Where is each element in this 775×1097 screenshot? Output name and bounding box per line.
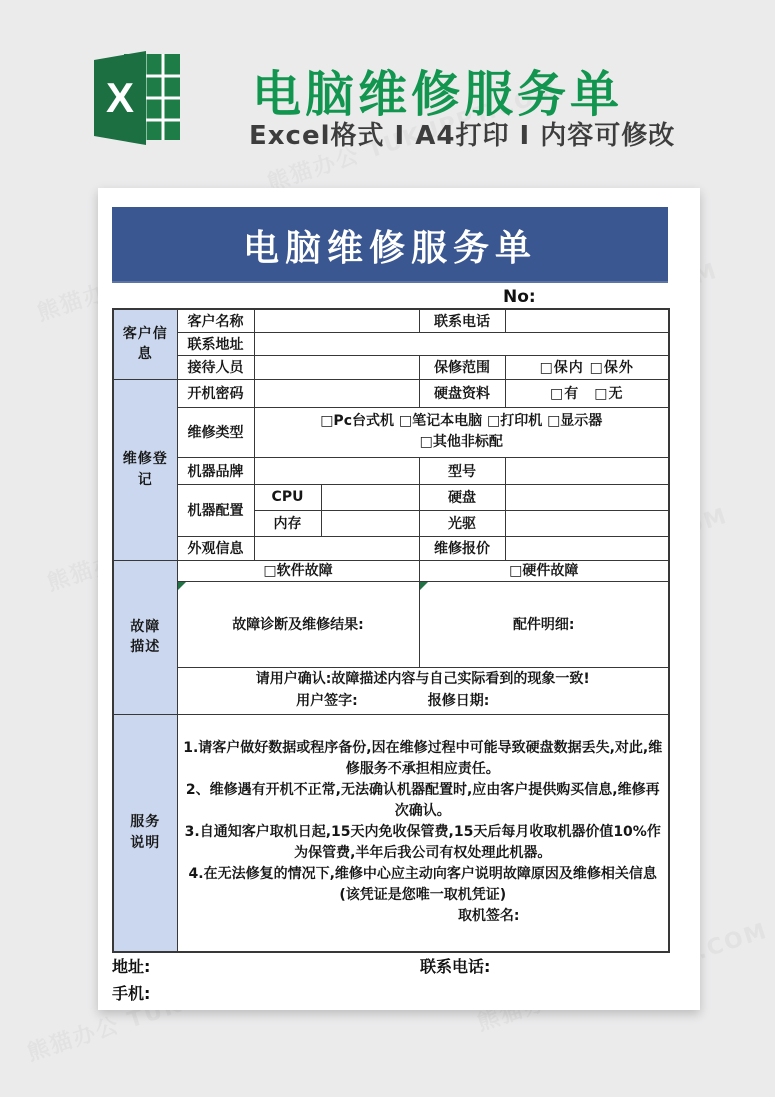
template-subtitle: Excel格式 I A4打印 I 内容可修改 xyxy=(249,115,675,152)
service-notes-cell: 1.请客户做好数据或程序备份,因在维修过程中可能导致硬盘数据丢失,对此,维修服务… xyxy=(177,714,669,952)
disk-data-checkboxes[interactable]: □有 □无 xyxy=(505,379,669,407)
cpu-value[interactable] xyxy=(321,484,419,510)
excel-logo-icon: X xyxy=(90,50,186,150)
contact-phone-label: 联系电话 xyxy=(419,309,505,332)
footer-line-2: 手机: xyxy=(112,981,150,1004)
form-banner-title: 电脑维修服务单 xyxy=(243,220,537,271)
repair-quote-label: 维修报价 xyxy=(419,536,505,560)
table-row: 联系地址 xyxy=(113,332,669,355)
diagnosis-result-label: 故障诊断及维修结果: xyxy=(181,614,416,634)
model-value[interactable] xyxy=(505,457,669,484)
hdd-value[interactable] xyxy=(505,484,669,510)
contact-phone-value[interactable] xyxy=(505,309,669,332)
receptionist-value[interactable] xyxy=(254,355,419,379)
appearance-value[interactable] xyxy=(254,536,419,560)
model-label: 型号 xyxy=(419,457,505,484)
diagnosis-result-field[interactable]: 故障诊断及维修结果: xyxy=(177,581,419,667)
form-banner: 电脑维修服务单 xyxy=(112,207,668,283)
receptionist-label: 接待人员 xyxy=(177,355,254,379)
table-row: 客户信息 客户名称 联系电话 xyxy=(113,309,669,332)
customer-name-value[interactable] xyxy=(254,309,419,332)
table-row: 机器品牌 型号 xyxy=(113,457,669,484)
machine-brand-value[interactable] xyxy=(254,457,419,484)
table-row: 维修登记 开机密码 硬盘资料 □有 □无 xyxy=(113,379,669,407)
cell-corner-triangle-icon xyxy=(178,582,186,590)
excel-logo-letter: X xyxy=(106,74,134,121)
address-label[interactable]: 地址: xyxy=(112,957,150,976)
document-paper: 电脑维修服务单 No: 客户信息 客户名称 联系电话 联系地址 接待人员 保修范… xyxy=(98,188,700,1010)
warranty-options-checkboxes[interactable]: □保内 □保外 xyxy=(505,355,669,379)
section-customer-info: 客户信息 xyxy=(113,309,177,379)
repair-type-checkboxes[interactable]: □Pc台式机 □笔记本电脑 □打印机 □显示器 □其他非标配 xyxy=(254,407,669,457)
report-date-label[interactable]: 报修日期: xyxy=(428,691,490,713)
section-fault-description: 故障 描述 xyxy=(113,560,177,714)
section-service-notes: 服务 说明 xyxy=(113,714,177,952)
contact-address-value[interactable] xyxy=(254,332,669,355)
table-row: 故障 描述 □软件故障 □硬件故障 xyxy=(113,560,669,581)
repair-form-table: 客户信息 客户名称 联系电话 联系地址 接待人员 保修范围 □保内 □保外 维修… xyxy=(112,308,670,953)
parts-detail-label: 配件明细: xyxy=(423,614,666,634)
repair-quote-value[interactable] xyxy=(505,536,669,560)
odd-label: 光驱 xyxy=(419,510,505,536)
footer-line-1: 地址: 联系电话: xyxy=(112,954,672,977)
hdd-label: 硬盘 xyxy=(419,484,505,510)
odd-value[interactable] xyxy=(505,510,669,536)
repair-type-options-line2: □其他非标配 xyxy=(258,432,666,453)
user-sign-label[interactable]: 用户签字: xyxy=(296,691,358,713)
service-item-4: 4.在无法修复的情况下,维修中心应主动向客户说明故障原因及维修相关信息(该凭证是… xyxy=(181,864,666,906)
machine-brand-label: 机器品牌 xyxy=(177,457,254,484)
machine-config-label: 机器配置 xyxy=(177,484,254,536)
table-row: 维修类型 □Pc台式机 □笔记本电脑 □打印机 □显示器 □其他非标配 xyxy=(113,407,669,457)
software-fault-checkbox[interactable]: □软件故障 xyxy=(177,560,419,581)
table-row: 外观信息 维修报价 xyxy=(113,536,669,560)
repair-type-options-line1: □Pc台式机 □笔记本电脑 □打印机 □显示器 xyxy=(258,411,666,432)
warranty-scope-label: 保修范围 xyxy=(419,355,505,379)
service-item-2: 2、维修遇有开机不正常,无法确认机器配置时,应由客户提供购买信息,维修再次确认。 xyxy=(181,780,666,822)
no-field[interactable]: No: xyxy=(503,287,536,307)
contact-address-label: 联系地址 xyxy=(177,332,254,355)
table-row: 故障诊断及维修结果: 配件明细: xyxy=(113,581,669,667)
parts-detail-field[interactable]: 配件明细: xyxy=(419,581,669,667)
pickup-sign-label[interactable]: 取机签名: xyxy=(181,906,666,927)
section-repair-register: 维修登记 xyxy=(113,379,177,560)
customer-name-label: 客户名称 xyxy=(177,309,254,332)
disk-data-label: 硬盘资料 xyxy=(419,379,505,407)
appearance-label: 外观信息 xyxy=(177,536,254,560)
confirm-note: 请用户确认:故障描述内容与自己实际看到的现象一致! xyxy=(181,669,666,691)
table-row: 服务 说明 1.请客户做好数据或程序备份,因在维修过程中可能导致硬盘数据丢失,对… xyxy=(113,714,669,952)
boot-password-label: 开机密码 xyxy=(177,379,254,407)
cpu-label: CPU xyxy=(254,484,321,510)
mobile-label[interactable]: 手机: xyxy=(112,984,150,1003)
ram-value[interactable] xyxy=(321,510,419,536)
repair-type-label: 维修类型 xyxy=(177,407,254,457)
table-row: 接待人员 保修范围 □保内 □保外 xyxy=(113,355,669,379)
user-confirm-cell: 请用户确认:故障描述内容与自己实际看到的现象一致! 用户签字: 报修日期: xyxy=(177,667,669,714)
ram-label: 内存 xyxy=(254,510,321,536)
cell-corner-triangle-icon xyxy=(420,582,428,590)
service-item-1: 1.请客户做好数据或程序备份,因在维修过程中可能导致硬盘数据丢失,对此,维修服务… xyxy=(181,738,666,780)
boot-password-value[interactable] xyxy=(254,379,419,407)
footer-phone-label[interactable]: 联系电话: xyxy=(420,954,490,977)
table-row: 请用户确认:故障描述内容与自己实际看到的现象一致! 用户签字: 报修日期: xyxy=(113,667,669,714)
table-row: 机器配置 CPU 硬盘 xyxy=(113,484,669,510)
service-item-3: 3.自通知客户取机日起,15天内免收保管费,15天后每月收取机器价值10%作为保… xyxy=(181,822,666,864)
hardware-fault-checkbox[interactable]: □硬件故障 xyxy=(419,560,669,581)
